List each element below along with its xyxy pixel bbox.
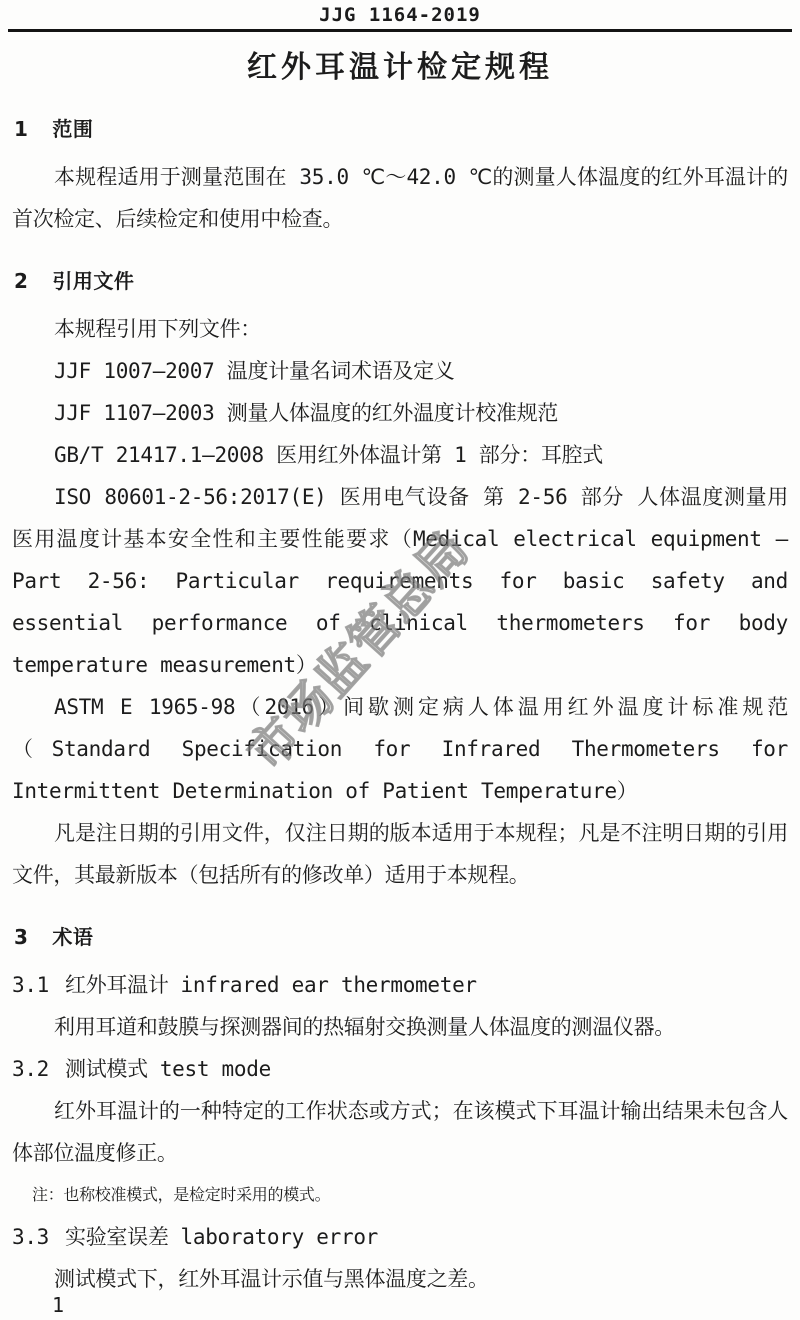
section-heading: 3术语: [14, 922, 788, 952]
paragraph: 凡是注日期的引用文件，仅注日期的版本适用于本规程；凡是不注明日期的引用文件，其最…: [12, 812, 788, 896]
section-number: 2: [14, 269, 28, 293]
subsection-heading: 3.2测试模式test mode: [12, 1048, 788, 1090]
paragraph: 本规程引用下列文件：: [12, 308, 788, 350]
document-page: JJG 1164-2019 红外耳温计检定规程 1范围本规程适用于测量范围在 3…: [0, 0, 800, 1320]
paragraph: 本规程适用于测量范围在 35.0 ℃～42.0 ℃的测量人体温度的红外耳温计的首…: [12, 156, 788, 240]
header-rule: [8, 29, 792, 32]
subsection-number: 3.2: [12, 1057, 49, 1081]
subsection-term-zh: 测试模式: [65, 1057, 148, 1081]
paragraph: 红外耳温计的一种特定的工作状态或方式；在该模式下耳温计输出结果未包含人体部位温度…: [12, 1090, 788, 1174]
reference-entry: ASTM E 1965-98（2016）间歇测定病人体温用红外温度计标准规范（S…: [12, 686, 788, 812]
subsection-term-zh: 实验室误差: [65, 1225, 169, 1249]
section-title: 范围: [52, 117, 93, 141]
paragraph: 利用耳道和鼓膜与探测器间的热辐射交换测量人体温度的测温仪器。: [12, 1006, 788, 1048]
subsection-heading: 3.3实验室误差laboratory error: [12, 1216, 788, 1258]
subsection-term-en: laboratory error: [181, 1225, 379, 1249]
section-title: 术语: [52, 925, 93, 949]
note-line: 注：也称校准模式，是检定时采用的模式。: [12, 1176, 788, 1214]
reference-entry: ISO 80601-2-56:2017(E) 医用电气设备 第 2-56 部分 …: [12, 476, 788, 686]
document-code: JJG 1164-2019: [319, 4, 481, 26]
section-number: 1: [14, 117, 28, 141]
subsection-term-en: test mode: [160, 1057, 271, 1081]
document-body: 1范围本规程适用于测量范围在 35.0 ℃～42.0 ℃的测量人体温度的红外耳温…: [12, 114, 788, 1300]
subsection-number: 3.3: [12, 1225, 49, 1249]
section-title: 引用文件: [52, 269, 134, 293]
page-number: 1: [52, 1292, 64, 1318]
section-number: 3: [14, 925, 28, 949]
reference-entry: GB/T 21417.1—2008 医用红外体温计第 1 部分：耳腔式: [12, 434, 788, 476]
subsection-number: 3.1: [12, 973, 49, 997]
section-heading: 1范围: [14, 114, 788, 144]
page-header: JJG 1164-2019: [0, 0, 800, 27]
subsection-heading: 3.1红外耳温计infrared ear thermometer: [12, 964, 788, 1006]
paragraph: 测试模式下，红外耳温计示值与黑体温度之差。: [12, 1258, 788, 1300]
subsection-term-zh: 红外耳温计: [65, 973, 169, 997]
reference-entry: JJF 1007—2007 温度计量名词术语及定义: [12, 350, 788, 392]
reference-entry: JJF 1107—2003 测量人体温度的红外温度计校准规范: [12, 392, 788, 434]
section-heading: 2引用文件: [14, 266, 788, 296]
subsection-term-en: infrared ear thermometer: [181, 973, 477, 997]
document-title: 红外耳温计检定规程: [0, 48, 800, 88]
